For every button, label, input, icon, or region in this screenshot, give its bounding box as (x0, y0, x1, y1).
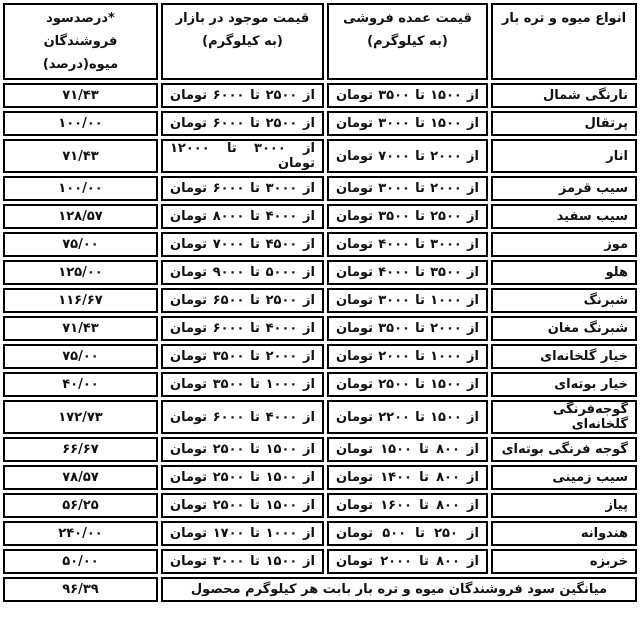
market-price-cell: از ۲۰۰۰ تا ۳۵۰۰ تومان (161, 344, 324, 369)
wholesale-price-cell: از ۲۰۰۰ تا ۷۰۰۰ تومان (327, 139, 488, 173)
profit-percent-cell: ۷۱/۴۳ (3, 139, 158, 173)
market-price-cell: از ۵۰۰۰ تا ۹۰۰۰ تومان (161, 260, 324, 285)
market-price-cell: از ۲۵۰۰ تا ۶۰۰۰ تومان (161, 111, 324, 136)
table-row: شبرنگ از ۱۰۰۰ تا ۳۰۰۰ تومان از ۲۵۰۰ تا ۶… (3, 288, 637, 313)
fruit-name-cell: هلو (491, 260, 637, 285)
fruit-name-cell: پرتقال (491, 111, 637, 136)
wholesale-price-cell: از ۲۰۰۰ تا ۳۰۰۰ تومان (327, 176, 488, 201)
wholesale-price-cell: از ۱۰۰۰ تا ۲۰۰۰ تومان (327, 344, 488, 369)
table-row: موز از ۳۰۰۰ تا ۴۰۰۰ تومان از ۴۵۰۰ تا ۷۰۰… (3, 232, 637, 257)
fruit-name-cell: موز (491, 232, 637, 257)
wholesale-price-cell: از ۸۰۰ تا ۱۶۰۰ تومان (327, 493, 488, 518)
fruit-name-cell: گوجه‌فرنگی گلخانه‌ای (491, 400, 637, 434)
average-profit-label: میانگین سود فروشندگان میوه و تره بار باب… (161, 577, 637, 602)
profit-percent-cell: ۱۲۵/۰۰ (3, 260, 158, 285)
profit-percent-cell: ۴۰/۰۰ (3, 372, 158, 397)
header-row: انواع میوه و تره بار قیمت عمده فروشی (به… (3, 3, 637, 80)
fruit-name-cell: شبرنگ مغان (491, 316, 637, 341)
table-row: سیب سفید از ۲۵۰۰ تا ۳۵۰۰ تومان از ۴۰۰۰ ت… (3, 204, 637, 229)
fruit-name-cell: هندوانه (491, 521, 637, 546)
market-price-cell: از ۱۵۰۰ تا ۳۰۰۰ تومان (161, 549, 324, 574)
market-price-cell: از ۱۰۰۰ تا ۱۷۰۰ تومان (161, 521, 324, 546)
profit-percent-cell: ۶۶/۶۷ (3, 437, 158, 462)
table-row: انار از ۲۰۰۰ تا ۷۰۰۰ تومان از ۳۰۰۰ تا ۱۲… (3, 139, 637, 173)
fruit-name-cell: خیار گلخانه‌ای (491, 344, 637, 369)
fruit-name-cell: گوجه فرنگی بوته‌ای (491, 437, 637, 462)
wholesale-price-cell: از ۸۰۰ تا ۱۵۰۰ تومان (327, 437, 488, 462)
table-row: پرتقال از ۱۵۰۰ تا ۳۰۰۰ تومان از ۲۵۰۰ تا … (3, 111, 637, 136)
wholesale-price-cell: از ۱۵۰۰ تا ۳۰۰۰ تومان (327, 111, 488, 136)
market-price-cell: از ۲۵۰۰ تا ۶۰۰۰ تومان (161, 83, 324, 108)
profit-percent-cell: ۷۱/۴۳ (3, 83, 158, 108)
fruit-name-cell: خربزه (491, 549, 637, 574)
wholesale-price-cell: از ۱۰۰۰ تا ۳۰۰۰ تومان (327, 288, 488, 313)
average-profit-value: ۹۶/۳۹ (3, 577, 158, 602)
table-row: هلو از ۳۵۰۰ تا ۴۰۰۰ تومان از ۵۰۰۰ تا ۹۰۰… (3, 260, 637, 285)
fruit-name-cell: پیاز (491, 493, 637, 518)
profit-percent-cell: ۷۸/۵۷ (3, 465, 158, 490)
wholesale-price-cell: از ۸۰۰ تا ۲۰۰۰ تومان (327, 549, 488, 574)
table-row: نارنگی شمال از ۱۵۰۰ تا ۳۵۰۰ تومان از ۲۵۰… (3, 83, 637, 108)
table-row: خربزه از ۸۰۰ تا ۲۰۰۰ تومان از ۱۵۰۰ تا ۳۰… (3, 549, 637, 574)
fruit-price-report: انواع میوه و تره بار قیمت عمده فروشی (به… (0, 0, 640, 629)
header-fruit-type: انواع میوه و تره بار (491, 3, 637, 80)
profit-percent-cell: ۲۴۰/۰۰ (3, 521, 158, 546)
profit-percent-cell: ۵۶/۲۵ (3, 493, 158, 518)
header-seller-profit-percent: *درصدسود فروشندگان میوه(درصد) (3, 3, 158, 80)
market-price-cell: از ۳۰۰۰ تا ۶۰۰۰ تومان (161, 176, 324, 201)
wholesale-price-cell: از ۱۵۰۰ تا ۲۵۰۰ تومان (327, 372, 488, 397)
profit-percent-cell: ۱۷۲/۷۳ (3, 400, 158, 434)
profit-percent-cell: ۷۱/۴۳ (3, 316, 158, 341)
profit-percent-cell: ۱۰۰/۰۰ (3, 176, 158, 201)
wholesale-price-cell: از ۱۵۰۰ تا ۳۵۰۰ تومان (327, 83, 488, 108)
market-price-cell: از ۴۰۰۰ تا ۶۰۰۰ تومان (161, 400, 324, 434)
table-row: گوجه فرنگی بوته‌ای از ۸۰۰ تا ۱۵۰۰ تومان … (3, 437, 637, 462)
table-row: پیاز از ۸۰۰ تا ۱۶۰۰ تومان از ۱۵۰۰ تا ۲۵۰… (3, 493, 637, 518)
market-price-cell: از ۱۰۰۰ تا ۳۵۰۰ تومان (161, 372, 324, 397)
table-row: شبرنگ مغان از ۲۰۰۰ تا ۳۵۰۰ تومان از ۴۰۰۰… (3, 316, 637, 341)
footer-row: میانگین سود فروشندگان میوه و تره بار باب… (3, 577, 637, 602)
fruit-name-cell: سیب قرمز (491, 176, 637, 201)
wholesale-price-cell: از ۳۵۰۰ تا ۴۰۰۰ تومان (327, 260, 488, 285)
wholesale-price-cell: از ۲۵۰ تا ۵۰۰ تومان (327, 521, 488, 546)
wholesale-price-cell: از ۱۵۰۰ تا ۲۲۰۰ تومان (327, 400, 488, 434)
profit-percent-cell: ۷۵/۰۰ (3, 344, 158, 369)
table-row: سیب قرمز از ۲۰۰۰ تا ۳۰۰۰ تومان از ۳۰۰۰ ت… (3, 176, 637, 201)
header-wholesale-price: قیمت عمده فروشی (به کیلوگرم) (327, 3, 488, 80)
header-market-price: قیمت موجود در بازار (به کیلوگرم) (161, 3, 324, 80)
table-row: هندوانه از ۲۵۰ تا ۵۰۰ تومان از ۱۰۰۰ تا ۱… (3, 521, 637, 546)
fruit-name-cell: سیب سفید (491, 204, 637, 229)
fruit-price-table: انواع میوه و تره بار قیمت عمده فروشی (به… (0, 0, 640, 605)
wholesale-price-cell: از ۲۰۰۰ تا ۳۵۰۰ تومان (327, 316, 488, 341)
market-price-cell: از ۲۵۰۰ تا ۶۵۰۰ تومان (161, 288, 324, 313)
fruit-name-cell: خیار بوته‌ای (491, 372, 637, 397)
fruit-name-cell: نارنگی شمال (491, 83, 637, 108)
profit-percent-cell: ۱۰۰/۰۰ (3, 111, 158, 136)
market-price-cell: از ۴۰۰۰ تا ۸۰۰۰ تومان (161, 204, 324, 229)
wholesale-price-cell: از ۸۰۰ تا ۱۴۰۰ تومان (327, 465, 488, 490)
profit-percent-cell: ۵۰/۰۰ (3, 549, 158, 574)
fruit-name-cell: انار (491, 139, 637, 173)
market-price-cell: از ۱۵۰۰ تا ۲۵۰۰ تومان (161, 493, 324, 518)
fruit-name-cell: شبرنگ (491, 288, 637, 313)
table-row: گوجه‌فرنگی گلخانه‌ای از ۱۵۰۰ تا ۲۲۰۰ توم… (3, 400, 637, 434)
market-price-cell: از ۴۰۰۰ تا ۶۰۰۰ تومان (161, 316, 324, 341)
table-row: خیار گلخانه‌ای از ۱۰۰۰ تا ۲۰۰۰ تومان از … (3, 344, 637, 369)
market-price-cell: از ۱۵۰۰ تا ۲۵۰۰ تومان (161, 465, 324, 490)
profit-percent-cell: ۷۵/۰۰ (3, 232, 158, 257)
market-price-cell: از ۴۵۰۰ تا ۷۰۰۰ تومان (161, 232, 324, 257)
market-price-cell: از ۳۰۰۰ تا ۱۲۰۰۰ تومان (161, 139, 324, 173)
wholesale-price-cell: از ۲۵۰۰ تا ۳۵۰۰ تومان (327, 204, 488, 229)
table-row: خیار بوته‌ای از ۱۵۰۰ تا ۲۵۰۰ تومان از ۱۰… (3, 372, 637, 397)
table-row: سیب زمینی از ۸۰۰ تا ۱۴۰۰ تومان از ۱۵۰۰ ت… (3, 465, 637, 490)
profit-percent-cell: ۱۱۶/۶۷ (3, 288, 158, 313)
market-price-cell: از ۱۵۰۰ تا ۲۵۰۰ تومان (161, 437, 324, 462)
fruit-name-cell: سیب زمینی (491, 465, 637, 490)
profit-percent-cell: ۱۲۸/۵۷ (3, 204, 158, 229)
wholesale-price-cell: از ۳۰۰۰ تا ۴۰۰۰ تومان (327, 232, 488, 257)
